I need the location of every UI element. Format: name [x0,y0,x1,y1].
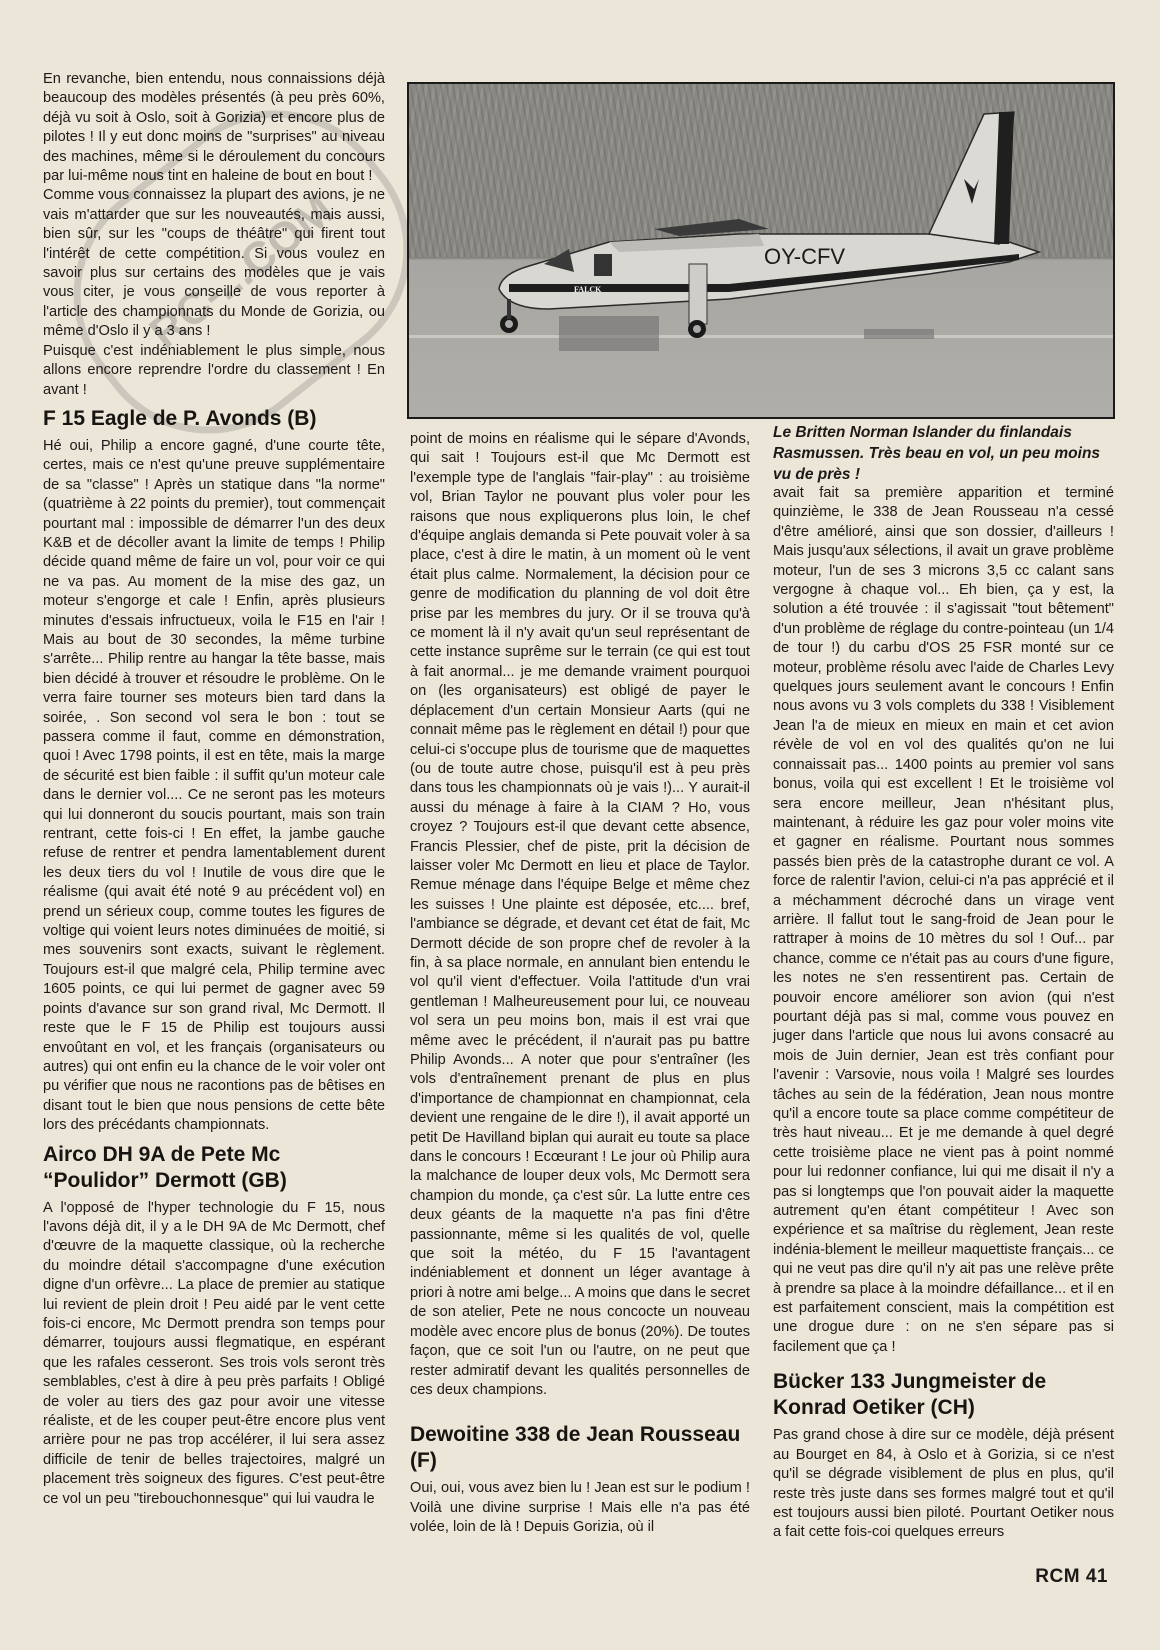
section-text-f15: Hé oui, Philip a encore gagné, d'une cou… [43,437,385,1136]
article-column-3: avait fait sa première apparition et ter… [773,484,1114,1543]
section-text-dh9a-continued: point de moins en réalisme qui le sépare… [410,430,750,1400]
section-text-bucker: Pas grand chose à dire sur ce modèle, dé… [773,1426,1114,1542]
article-column-2: point de moins en réalisme qui le sépare… [410,430,750,1538]
photo-caption: Le Britten Norman Islander du finlandais… [773,422,1114,485]
intro-paragraph-1: En revanche, bien entendu, nous connaiss… [43,70,385,186]
magazine-name: RCM [1035,1566,1080,1587]
section-text-dh9a: A l'opposé de l'hyper technologie du F 1… [43,1199,385,1510]
page-footer: RCM 41 [1035,1566,1108,1588]
intro-paragraph-3: Puisque c'est indéniablement le plus sim… [43,342,385,400]
section-text-dewoitine: Oui, oui, vous avez bien lu ! Jean est s… [410,1479,750,1537]
section-heading-dewoitine: Dewoitine 338 de Jean Rousseau (F) [410,1422,750,1474]
aircraft-photo: OY-CFV FALCK [407,82,1115,419]
page-number: 41 [1086,1566,1108,1587]
section-text-dewoitine-continued: avait fait sa première apparition et ter… [773,484,1114,1357]
section-heading-f15: F 15 Eagle de P. Avonds (B) [43,406,385,432]
article-column-1: En revanche, bien entendu, nous connaiss… [43,70,385,1509]
fuselage-logo-text: FALCK [574,285,602,294]
intro-paragraph-2: Comme vous connaissez la plupart des avi… [43,186,385,341]
section-heading-bucker: Bücker 133 Jungmeister de Konrad Oetiker… [773,1369,1114,1421]
section-heading-dh9a: Airco DH 9A de Pete Mc “Poulidor” Dermot… [43,1142,385,1194]
aircraft-registration: OY-CFV [764,244,845,269]
airplane-icon: OY-CFV FALCK [409,84,1113,417]
